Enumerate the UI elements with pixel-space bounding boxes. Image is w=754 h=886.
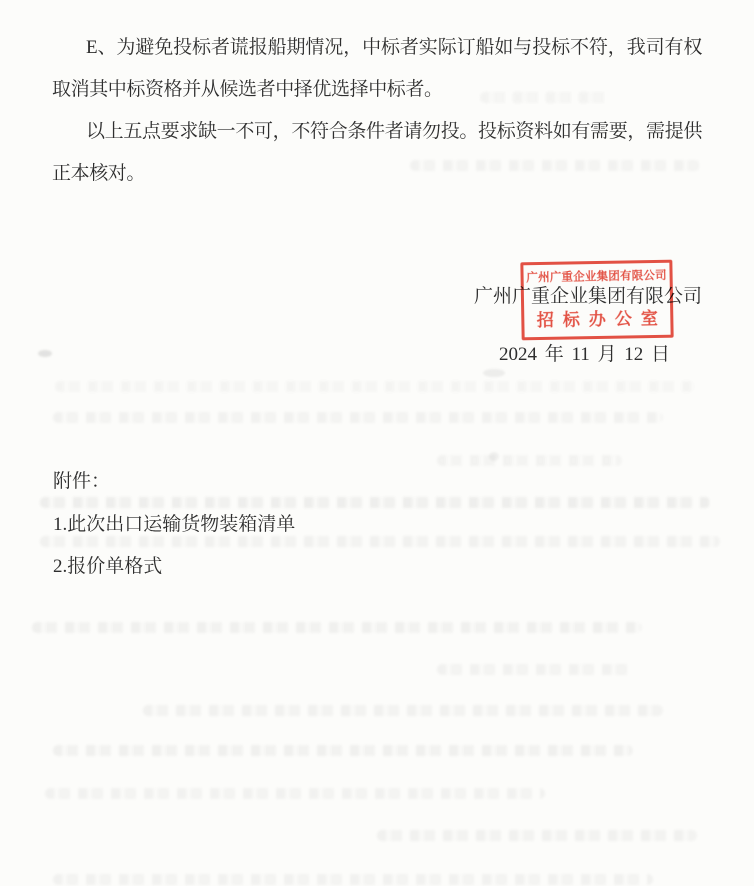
attachments-section: 附件： 1.此次出口运输货物装箱清单 2.报价单格式: [53, 461, 295, 589]
attachment-item-1: 1.此次出口运输货物装箱清单: [53, 504, 295, 547]
stamp-office-text: 招标办公室: [524, 309, 670, 331]
stamp-company-text: 广州广重企业集团有限公司: [524, 270, 670, 286]
paragraph1-line1: E、为避免投标者谎报船期情况，中标者实际订船如与投标不符，我司有权: [52, 27, 702, 69]
official-stamp: 广州广重企业集团有限公司 招标办公室: [520, 260, 673, 341]
attachment-item-2: 2.报价单格式: [53, 546, 295, 589]
scan-ghost-row: [437, 664, 633, 675]
paragraph2-line2: 正本核对。: [52, 153, 702, 195]
scan-ghost-row: [45, 788, 545, 799]
attachments-heading: 附件：: [53, 461, 295, 504]
document-page: E、为避免投标者谎报船期情况，中标者实际订船如与投标不符，我司有权 取消其中标资…: [0, 0, 754, 886]
scan-ghost-row: [437, 455, 622, 466]
signature-date: 2024 年 11 月 12 日: [0, 342, 670, 368]
scan-ghost-row: [377, 830, 697, 841]
scan-ghost-row: [53, 412, 663, 423]
scan-speck: [483, 369, 505, 377]
paragraph2-line1: 以上五点要求缺一不可，不符合条件者请勿投。投标资料如有需要，需提供: [52, 111, 702, 153]
document-body: E、为避免投标者谎报船期情况，中标者实际订船如与投标不符，我司有权 取消其中标资…: [52, 27, 702, 195]
scan-ghost-row: [53, 745, 633, 756]
scan-ghost-row: [55, 381, 695, 392]
scan-ghost-row: [53, 874, 653, 885]
scan-speck: [489, 452, 499, 461]
paragraph1-line2: 取消其中标资格并从候选者中择优选择中标者。: [52, 69, 702, 111]
scan-ghost-row: [143, 705, 663, 716]
scan-ghost-row: [32, 622, 642, 633]
